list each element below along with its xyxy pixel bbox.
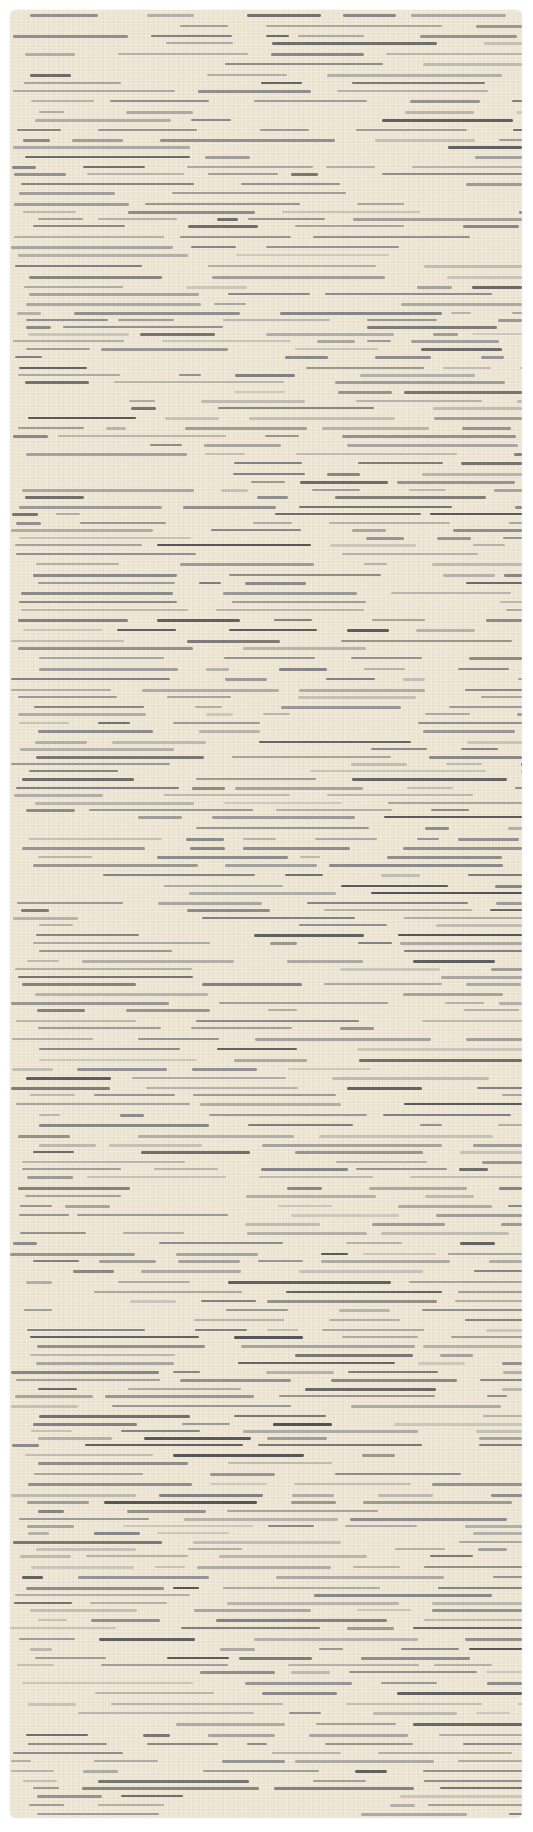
rug-stroke <box>403 678 424 681</box>
rug-stroke <box>23 629 102 631</box>
rug-stroke <box>272 42 437 45</box>
rug-stroke <box>520 367 522 369</box>
rug-stroke <box>235 787 363 790</box>
rug-stroke <box>35 802 194 805</box>
rug-stroke <box>82 960 234 963</box>
rug-stroke <box>241 1345 415 1348</box>
rug-stroke <box>332 1077 488 1080</box>
rug-stroke <box>270 942 297 945</box>
rug-stroke <box>461 748 497 750</box>
rug-stroke <box>502 1388 522 1391</box>
rug-stroke <box>141 1270 242 1273</box>
rug-stroke <box>193 1541 342 1544</box>
rug-stroke <box>455 1300 522 1302</box>
rug-stroke <box>222 1760 285 1763</box>
rug-stroke <box>475 156 522 159</box>
rug-stroke <box>132 1077 286 1079</box>
rug-stroke <box>375 139 476 142</box>
rug-stroke <box>200 1103 341 1106</box>
rug-stroke <box>28 1483 192 1486</box>
rug-stroke <box>425 827 449 830</box>
rug-stroke <box>33 1787 59 1789</box>
rug-stroke <box>234 1059 307 1062</box>
rug-stroke <box>335 496 486 499</box>
rug-stroke <box>508 827 522 830</box>
rug-stroke <box>106 427 126 430</box>
rug-stroke <box>205 453 245 455</box>
rug-stroke <box>289 1712 321 1714</box>
rug-stroke <box>245 1682 351 1685</box>
rug-stroke <box>12 166 36 169</box>
rug-stroke <box>347 629 389 632</box>
rug-stroke <box>173 722 260 724</box>
rug-stroke <box>285 356 329 359</box>
rug-stroke <box>474 1270 522 1272</box>
rug-stroke <box>208 265 376 267</box>
rug-stroke <box>228 1462 332 1464</box>
rug-stroke <box>13 90 175 92</box>
rug-stroke <box>26 303 201 306</box>
rug-stroke <box>26 809 75 812</box>
rug-stroke <box>291 173 318 176</box>
rug-stroke <box>325 293 493 295</box>
rug-stroke <box>12 1038 93 1040</box>
rug-stroke <box>417 838 439 840</box>
rug-stroke <box>268 1525 314 1527</box>
rug-stroke <box>397 1692 522 1695</box>
rug-stroke <box>164 885 283 887</box>
rug-stroke <box>36 1548 136 1551</box>
rug-stroke <box>39 924 73 926</box>
rug-stroke <box>407 787 453 789</box>
rug-stroke <box>206 713 234 716</box>
rug-stroke <box>17 1664 53 1666</box>
rug-stroke <box>26 1587 164 1590</box>
rug-stroke <box>326 166 375 168</box>
rug-stroke <box>21 592 173 595</box>
rug-stroke <box>203 1770 318 1772</box>
rug-stroke <box>142 689 279 692</box>
rug-stroke <box>39 111 64 113</box>
rug-stroke <box>157 619 240 622</box>
rug-stroke <box>33 864 199 867</box>
rug-stroke <box>401 303 522 306</box>
rug-stroke <box>10 1253 135 1256</box>
rug-stroke <box>519 211 522 214</box>
rug-stroke <box>30 14 99 17</box>
rug-stroke <box>515 506 522 509</box>
rug-stroke <box>234 391 284 393</box>
rug-stroke <box>288 1664 419 1666</box>
rug-stroke <box>248 1124 353 1126</box>
rug-stroke <box>26 348 90 350</box>
rug-stroke <box>28 417 137 419</box>
rug-stroke <box>164 794 290 796</box>
rug-stroke <box>243 1430 418 1433</box>
rug-stroke <box>30 1609 137 1612</box>
rug-stroke <box>373 1712 458 1715</box>
rug-stroke <box>276 809 392 811</box>
rug-stroke <box>342 435 516 438</box>
rug-stroke <box>501 1223 522 1226</box>
rug-stroke <box>112 1405 291 1407</box>
rug-stroke <box>39 1415 190 1418</box>
rug-stroke <box>358 462 443 464</box>
rug-stroke <box>39 1114 60 1116</box>
rug-stroke <box>11 1405 78 1408</box>
rug-stroke <box>266 1371 334 1374</box>
rug-stroke <box>28 1703 76 1706</box>
rug-stroke <box>208 1734 274 1737</box>
rug-stroke <box>15 1594 190 1596</box>
rug-stroke <box>321 1260 450 1263</box>
rug-stroke <box>425 1195 474 1198</box>
rug-stroke <box>225 864 317 867</box>
rug-stroke <box>19 537 191 539</box>
rug-stroke <box>29 293 199 296</box>
rug-stroke <box>23 1780 57 1782</box>
rug-stroke <box>220 1648 255 1651</box>
rug-stroke <box>223 592 357 595</box>
rug-stroke <box>37 1345 204 1348</box>
rug-stroke <box>339 1309 390 1312</box>
rug-stroke <box>16 1379 161 1381</box>
rug-stroke <box>138 1135 294 1138</box>
rug-stroke <box>65 1205 110 1208</box>
rug-stroke <box>27 1176 73 1179</box>
rug-stroke <box>413 1723 522 1726</box>
rug-stroke <box>236 254 388 256</box>
rug-stroke <box>147 1743 218 1745</box>
rug-stroke <box>56 513 80 515</box>
rug-stroke <box>13 146 190 149</box>
rug-stroke <box>430 513 522 515</box>
rug-stroke <box>224 802 342 804</box>
rug-stroke <box>423 730 516 733</box>
rug-stroke <box>499 139 522 141</box>
rug-stroke <box>147 14 195 17</box>
rug-stroke <box>23 211 76 213</box>
rug-stroke <box>481 356 504 359</box>
rug-stroke <box>194 1609 311 1612</box>
rug-stroke <box>341 885 449 887</box>
rug-stroke <box>198 90 311 93</box>
rug-stroke <box>38 1437 112 1440</box>
rug-stroke <box>366 537 403 540</box>
rug-stroke <box>22 489 193 492</box>
rug-stroke <box>381 874 420 877</box>
rug-stroke <box>486 619 522 622</box>
rug-stroke <box>223 1587 380 1589</box>
rug-stroke <box>509 1813 522 1815</box>
rug-stroke <box>16 553 196 555</box>
rug-stroke <box>103 874 255 876</box>
rug-stroke <box>229 629 316 631</box>
rug-stroke <box>58 435 226 437</box>
rug-stroke <box>267 1437 327 1440</box>
rug-stroke <box>11 529 153 532</box>
rug-stroke <box>295 1151 423 1154</box>
rug-stroke <box>27 960 60 962</box>
rug-stroke <box>187 640 281 643</box>
rug-stroke <box>18 1135 70 1138</box>
rug-stroke <box>441 976 522 979</box>
rug-stroke <box>358 942 392 944</box>
rug-stroke <box>36 1362 174 1365</box>
rug-stroke <box>145 203 300 205</box>
rug-stroke <box>395 1548 445 1550</box>
rug-stroke <box>491 968 522 971</box>
rug-stroke <box>360 374 474 377</box>
rug-stroke <box>196 827 369 829</box>
rug-stroke <box>424 265 522 268</box>
rug-stroke <box>243 838 277 840</box>
rug-stroke <box>253 522 293 524</box>
rug-stroke <box>28 1532 48 1535</box>
rug-stroke <box>312 489 361 491</box>
rug-stroke <box>473 1532 522 1535</box>
rug-stroke <box>38 218 83 220</box>
rug-stroke <box>436 924 522 927</box>
rug-stroke <box>109 1144 202 1147</box>
rug-stroke <box>112 741 207 744</box>
rug-stroke <box>364 668 405 670</box>
rug-stroke <box>299 506 452 508</box>
rug-stroke <box>285 874 324 876</box>
rug-stroke <box>353 1566 400 1568</box>
rug-stroke <box>352 82 484 84</box>
rug-stroke <box>329 522 450 524</box>
rug-stroke <box>479 1444 522 1446</box>
rug-stroke <box>19 506 162 509</box>
rug-stroke <box>150 444 182 446</box>
rug-stroke <box>410 1176 522 1178</box>
rug-stroke <box>487 1395 507 1397</box>
rug-stroke <box>489 1260 522 1263</box>
rug-stroke <box>39 668 178 671</box>
rug-stroke <box>183 506 276 509</box>
rug-stroke <box>355 1770 388 1773</box>
rug-stroke <box>26 453 187 456</box>
rug-stroke <box>469 657 522 660</box>
rug-stroke <box>420 1124 443 1126</box>
rug-stroke <box>378 1752 512 1754</box>
rug-stroke <box>159 1494 262 1497</box>
rug-stroke <box>87 173 184 175</box>
rug-stroke <box>16 522 41 525</box>
rug-stroke <box>33 942 209 944</box>
rug-stroke <box>409 489 446 491</box>
rug-stroke <box>227 1510 378 1512</box>
rug-stroke <box>89 809 253 811</box>
rug-stroke <box>19 367 87 369</box>
rug-stroke <box>506 609 522 611</box>
rug-stroke <box>17 129 62 131</box>
rug-stroke <box>382 173 522 175</box>
rug-stroke <box>384 816 521 818</box>
rug-stroke <box>225 63 383 65</box>
rug-stroke <box>19 1638 75 1640</box>
rug-stroke <box>238 1362 396 1364</box>
rug-stroke <box>35 993 208 996</box>
rug-stroke <box>234 1415 326 1417</box>
rug-stroke <box>225 678 267 681</box>
rug-stroke <box>176 1723 285 1726</box>
rug-stroke <box>417 286 451 289</box>
rug-stroke <box>346 1703 482 1705</box>
rug-stroke <box>26 1734 88 1736</box>
rug-stroke <box>521 770 522 773</box>
rug-stroke <box>262 1144 442 1147</box>
rug-stroke <box>191 119 231 121</box>
rug-stroke <box>235 374 295 377</box>
rug-stroke <box>287 1187 322 1190</box>
rug-stroke <box>459 1541 522 1543</box>
rug-stroke <box>82 1787 259 1790</box>
rug-stroke <box>210 1473 275 1476</box>
rug-stroke <box>375 356 432 359</box>
rug-stroke <box>31 100 94 102</box>
rug-stroke <box>98 1780 249 1783</box>
rug-stroke <box>343 14 396 17</box>
rug-stroke <box>260 129 310 131</box>
rug-stroke <box>272 1752 341 1754</box>
rug-stroke <box>239 1657 311 1660</box>
rug-stroke <box>324 983 441 985</box>
rug-stroke <box>424 1780 522 1782</box>
rug-stroke <box>478 1548 507 1551</box>
rug-stroke <box>160 139 335 142</box>
rug-stroke <box>357 1048 522 1051</box>
rug-stroke <box>99 1638 195 1641</box>
rug-stroke <box>388 802 522 804</box>
rug-stroke <box>129 400 155 402</box>
rug-stroke <box>357 1609 411 1611</box>
rug-stroke <box>217 1048 297 1050</box>
rug-stroke <box>28 1743 107 1745</box>
rug-stroke <box>12 513 38 516</box>
rug-stroke <box>157 1532 229 1534</box>
rug-stroke <box>22 1161 185 1163</box>
rug-stroke <box>24 1309 52 1311</box>
rug-stroke <box>14 236 164 238</box>
rug-stroke <box>33 1151 74 1153</box>
rug-stroke <box>186 838 224 841</box>
rug-stroke <box>21 609 188 611</box>
rug-stroke <box>180 236 291 238</box>
rug-stroke <box>359 1059 522 1062</box>
rug-stroke <box>466 183 522 186</box>
rug-stroke <box>154 1168 217 1170</box>
rug-stroke <box>429 756 522 759</box>
rug-stroke <box>286 1291 442 1293</box>
rug-stroke <box>21 909 48 912</box>
rug-stroke <box>428 1804 522 1806</box>
rug-stroke <box>114 381 285 383</box>
rug-stroke <box>466 582 522 584</box>
rug-stroke <box>23 139 50 142</box>
rug-stroke <box>12 1444 40 1447</box>
rug-stroke <box>138 816 183 819</box>
rug-stroke <box>167 696 231 698</box>
rug-stroke <box>518 1703 522 1705</box>
rug-stroke <box>335 1473 461 1475</box>
rug-stroke <box>398 1205 492 1208</box>
rug-stroke <box>234 462 303 464</box>
rug-stroke <box>33 225 125 227</box>
rug-stroke <box>357 203 404 205</box>
rug-stroke <box>29 838 162 840</box>
rug-stroke <box>221 489 248 492</box>
rug-stroke <box>165 417 218 420</box>
rug-stroke <box>367 326 498 329</box>
rug-stroke <box>247 14 321 17</box>
rug-stroke <box>73 1270 114 1273</box>
rug-stroke <box>173 1371 200 1373</box>
rug-stroke <box>502 1362 522 1365</box>
rug-stroke <box>341 640 512 642</box>
rug-stroke <box>123 1525 253 1527</box>
rug-stroke <box>83 1770 118 1773</box>
rug-stroke <box>391 592 511 594</box>
rug-stroke <box>279 1395 435 1397</box>
rug-stroke <box>432 1602 522 1605</box>
rug-stroke <box>448 146 522 149</box>
rug-stroke <box>196 1020 359 1022</box>
rug-stroke <box>503 1371 522 1374</box>
rug-stroke <box>423 63 522 66</box>
rug-stroke <box>74 312 240 315</box>
rug-stroke <box>14 794 103 797</box>
rug-stroke <box>423 1345 522 1348</box>
rug-stroke <box>180 1379 291 1382</box>
rug-stroke <box>191 1027 292 1029</box>
rug-stroke <box>319 1135 493 1138</box>
rug-stroke <box>404 950 522 952</box>
rug-stroke <box>18 696 117 698</box>
rug-stroke <box>295 225 404 227</box>
rug-stroke <box>274 1787 414 1790</box>
rug-stroke <box>468 874 522 876</box>
rug-stroke <box>517 400 522 403</box>
rug-stroke <box>25 53 75 56</box>
rug-stroke <box>38 1027 161 1029</box>
rug-stroke <box>27 1501 89 1504</box>
rug-stroke <box>498 319 522 322</box>
rug-stroke <box>476 25 522 28</box>
rug-stroke <box>78 1712 254 1714</box>
rug-stroke <box>36 563 120 565</box>
runner-rug <box>10 10 522 1818</box>
rug-stroke <box>120 1114 144 1117</box>
rug-stroke <box>205 156 250 159</box>
rug-stroke <box>141 1151 250 1154</box>
rug-stroke <box>14 1602 73 1604</box>
rug-stroke <box>487 1682 522 1685</box>
rug-stroke <box>33 1423 137 1426</box>
rug-stroke <box>394 1423 522 1426</box>
rug-stroke <box>466 1038 522 1041</box>
rug-stroke <box>386 53 522 55</box>
rug-stroke <box>18 619 128 622</box>
rug-stroke <box>189 892 337 895</box>
rug-stroke <box>207 74 287 76</box>
rug-stroke <box>15 356 42 358</box>
rug-stroke <box>459 1168 488 1171</box>
rug-stroke <box>449 706 522 708</box>
rug-stroke <box>472 333 522 335</box>
rug-stroke <box>352 778 507 781</box>
